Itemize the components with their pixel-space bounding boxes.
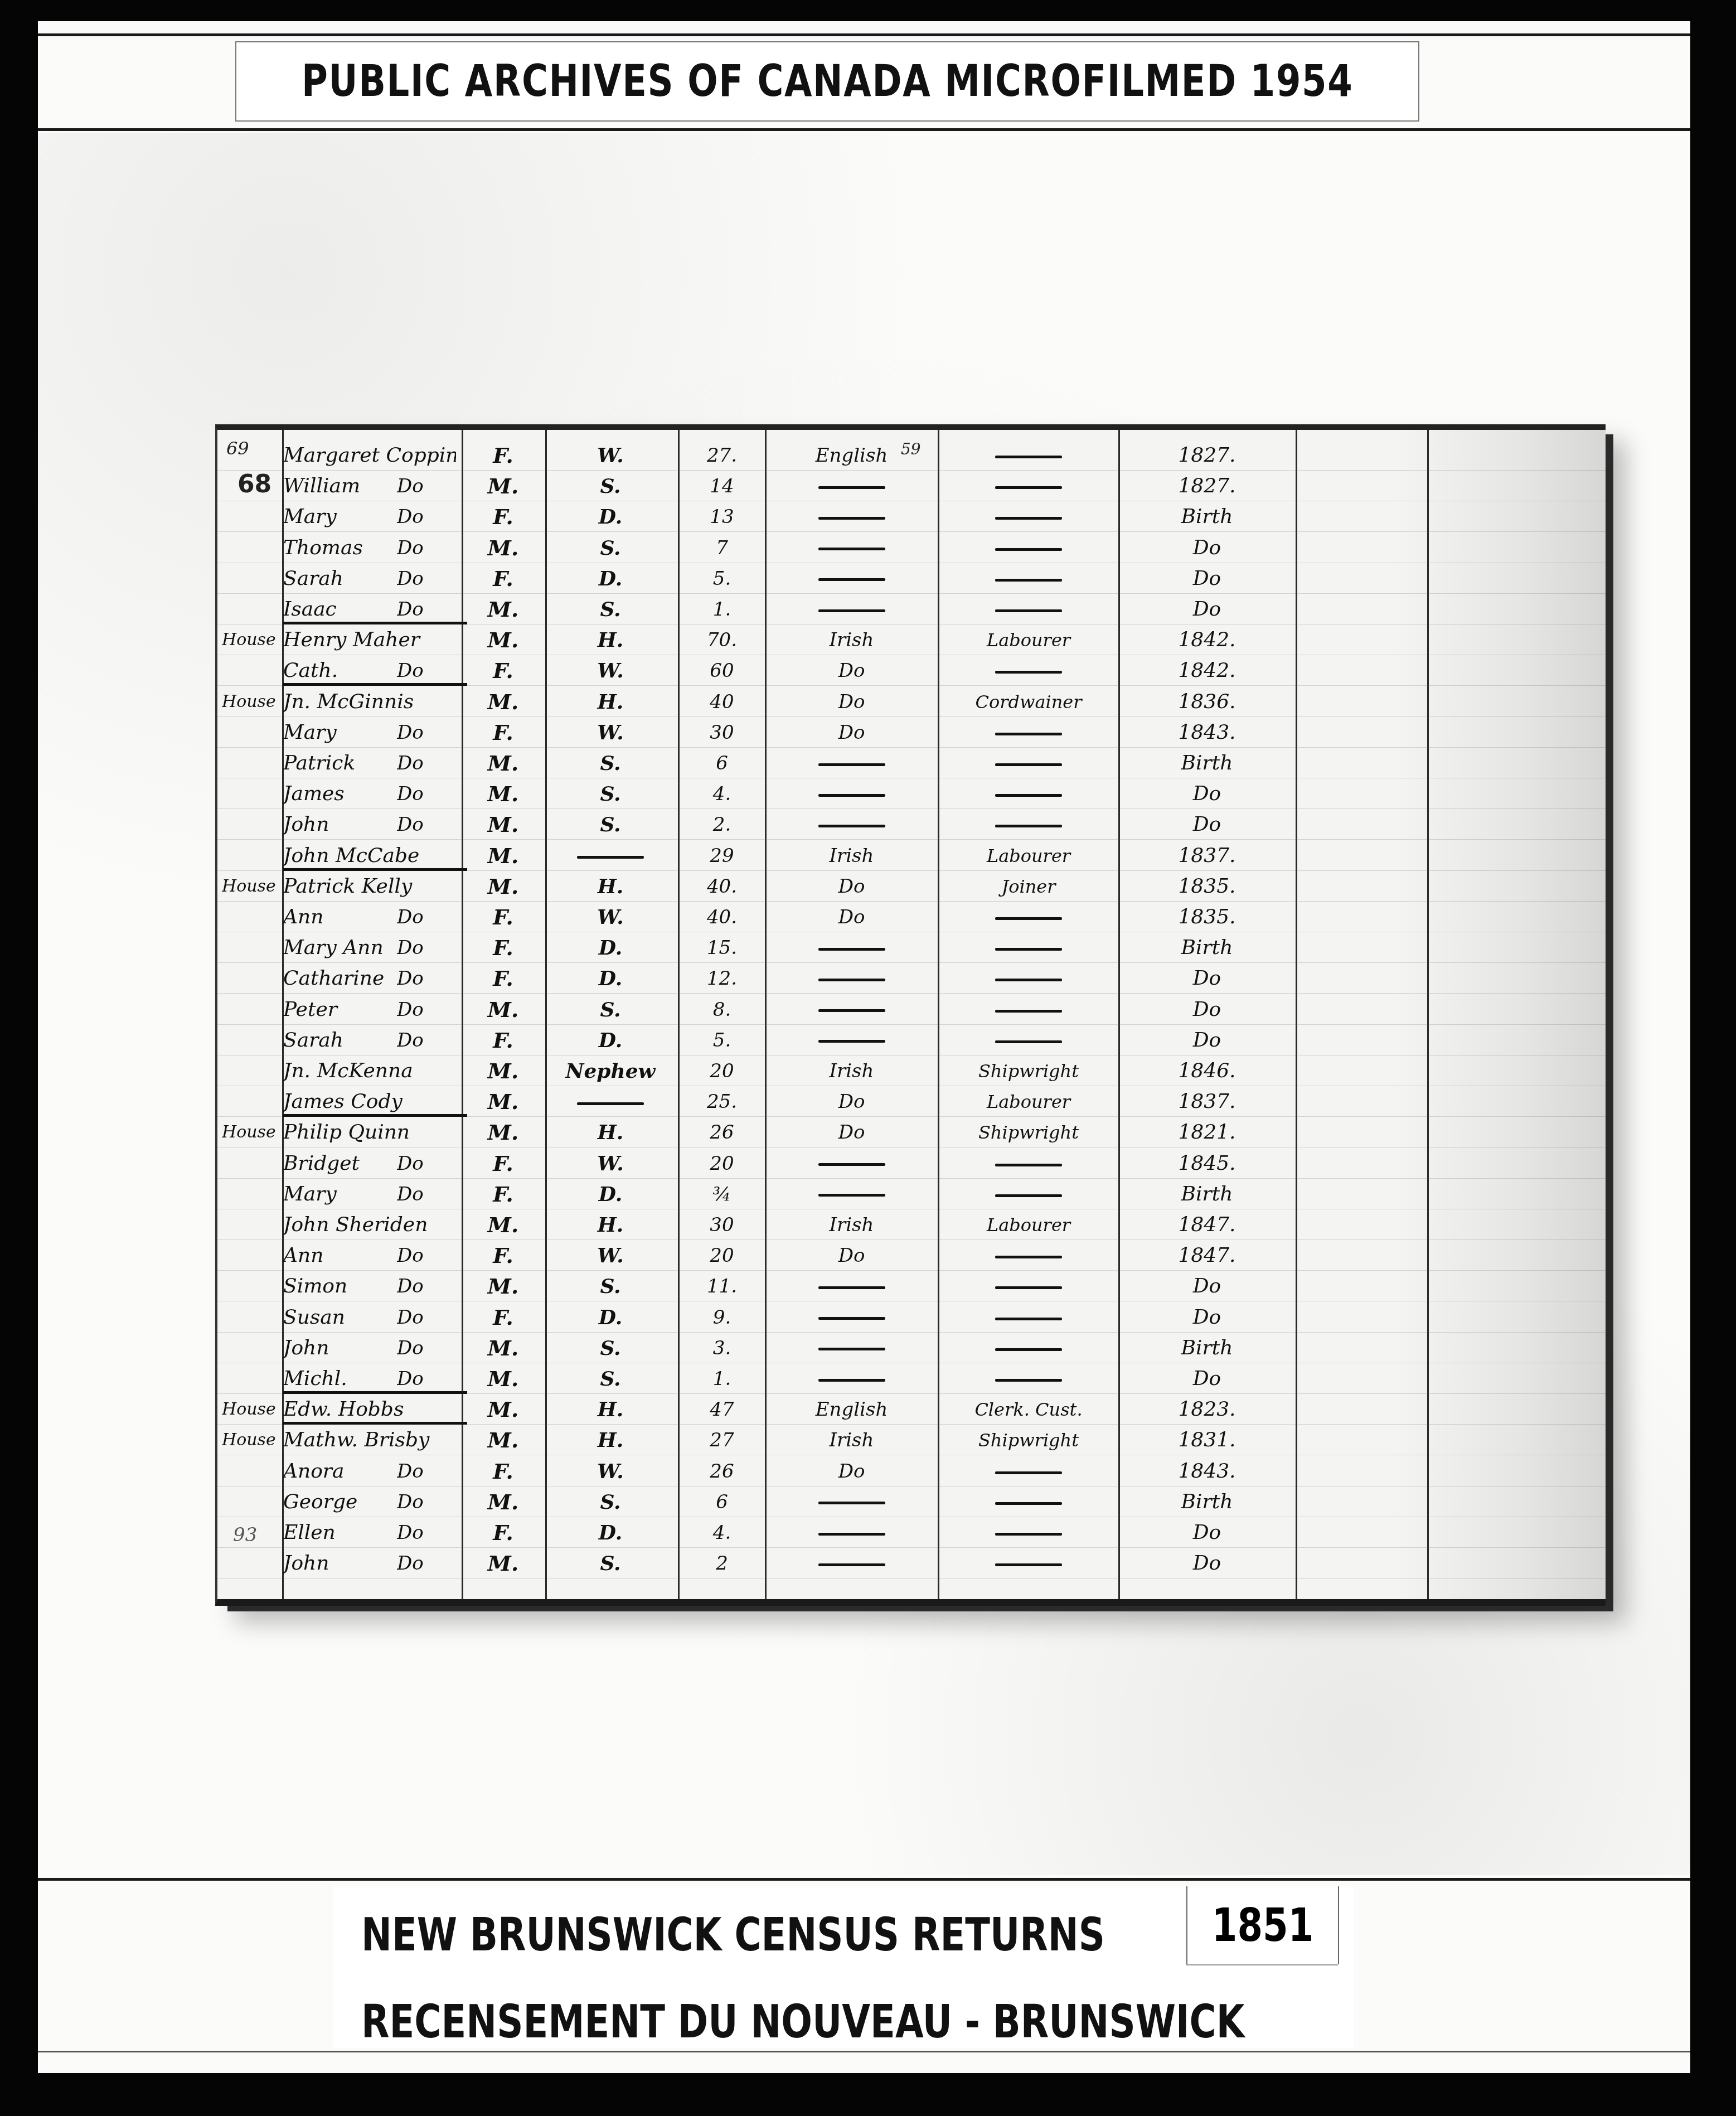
sex-value: F.	[463, 1242, 544, 1269]
ditto-mark: Do	[397, 473, 458, 500]
occupation-value: Shipwright	[939, 1058, 1118, 1084]
blank-dash	[995, 1194, 1062, 1197]
relation-value: D.	[546, 503, 675, 530]
sex-value: M.	[463, 1335, 544, 1362]
household-note	[222, 934, 282, 961]
blank-dash	[995, 517, 1062, 520]
age-value: 12.	[680, 965, 764, 992]
household-note: House	[222, 873, 282, 900]
occupation-value	[939, 965, 1118, 992]
year-value: 1836.	[1121, 689, 1293, 715]
blank-dash	[818, 1286, 885, 1289]
relation-value: W.	[546, 1458, 675, 1485]
sex-value: F.	[463, 904, 544, 931]
relation-value: W.	[546, 1150, 675, 1177]
relation-value: H.	[546, 1396, 675, 1423]
household-note	[222, 1458, 282, 1485]
blank-dash	[995, 948, 1062, 951]
household-note	[222, 842, 282, 869]
occupation-value	[939, 934, 1118, 961]
household-note: House	[222, 627, 282, 653]
relation-value: S.	[546, 535, 675, 561]
year-value: Birth	[1121, 750, 1293, 777]
sex-value: F.	[463, 1150, 544, 1177]
household-note	[222, 657, 282, 684]
ditto-mark: Do	[397, 719, 458, 746]
blank-dash	[995, 1348, 1062, 1351]
age-value: 4.	[680, 1519, 764, 1546]
age-value: 15.	[680, 934, 764, 961]
origin-value: Do	[767, 873, 937, 900]
age-value: 11.	[680, 1273, 764, 1300]
relation-value: S.	[546, 1550, 675, 1577]
household-note	[222, 1335, 282, 1362]
sex-value: M.	[463, 689, 544, 715]
sex-value: M.	[463, 781, 544, 807]
blank-dash	[818, 979, 885, 981]
age-value: 47	[680, 1396, 764, 1423]
age-value: 25.	[680, 1088, 764, 1115]
household-note	[222, 596, 282, 623]
household-note	[222, 811, 282, 838]
household-note	[222, 719, 282, 746]
year-value: Do	[1121, 996, 1293, 1023]
year-value: Birth	[1121, 503, 1293, 530]
sex-value: M.	[463, 596, 544, 623]
relation-value: W.	[546, 719, 675, 746]
census-row: IsaacDoM.S.1.Do	[217, 594, 1606, 624]
ditto-mark: Do	[397, 1304, 458, 1331]
ditto-mark: Do	[397, 1273, 458, 1300]
occupation-value	[939, 1242, 1118, 1269]
ditto-mark: Do	[397, 781, 458, 807]
year-value: 1831.	[1121, 1427, 1293, 1454]
ditto-mark: Do	[397, 657, 458, 684]
ditto-mark: Do	[397, 1242, 458, 1269]
blank-dash	[995, 486, 1062, 489]
age-value: 1.	[680, 596, 764, 623]
census-row: James CodyM.25.DoLabourer1837.	[217, 1086, 1606, 1117]
occupation-value	[939, 535, 1118, 561]
year-value: 1842.	[1121, 627, 1293, 653]
age-value: 29	[680, 842, 764, 869]
age-value: 4.	[680, 781, 764, 807]
occupation-value	[939, 1489, 1118, 1515]
blank-dash	[995, 979, 1062, 981]
sex-value: M.	[463, 627, 544, 653]
ditto-mark: Do	[397, 750, 458, 777]
blank-dash	[995, 733, 1062, 735]
origin-value	[767, 596, 937, 623]
occupation-value	[939, 1458, 1118, 1485]
household-note	[222, 781, 282, 807]
occupation-value	[939, 781, 1118, 807]
footer-title-english: NEW BRUNSWICK CENSUS RETURNS	[361, 1909, 1105, 1962]
ditto-mark	[397, 1212, 458, 1238]
census-row: HouseEdw. HobbsM.H.47EnglishClerk. Cust.…	[217, 1394, 1606, 1425]
occupation-value	[939, 1150, 1118, 1177]
year-value: 1827.	[1121, 473, 1293, 500]
microfilm-sheet: PUBLIC ARCHIVES OF CANADA MICROFILMED 19…	[38, 21, 1690, 2073]
footer-title-french: RECENSEMENT DU NOUVEAU - BRUNSWICK	[361, 1996, 1245, 2049]
census-row: AnnDoF.W.40.Do1835.	[217, 902, 1606, 932]
relation-value: S.	[546, 750, 675, 777]
age-value: 7	[680, 535, 764, 561]
blank-dash	[818, 578, 885, 581]
age-value: 60	[680, 657, 764, 684]
year-value: 1847.	[1121, 1212, 1293, 1238]
occupation-value	[939, 1181, 1118, 1208]
sex-value: M.	[463, 1489, 544, 1515]
census-row: John McCabeM.29IrishLabourer1837.	[217, 840, 1606, 871]
origin-value: Irish	[767, 627, 937, 653]
year-value: Do	[1121, 965, 1293, 992]
year-value: 1843.	[1121, 1458, 1293, 1485]
blank-dash	[995, 1563, 1062, 1566]
sex-value: M.	[463, 1550, 544, 1577]
sex-value: M.	[463, 1273, 544, 1300]
ditto-mark	[397, 1119, 458, 1146]
household-note	[222, 1550, 282, 1577]
blank-dash	[995, 917, 1062, 920]
blank-dash	[818, 1502, 885, 1504]
occupation-value	[939, 719, 1118, 746]
blank-dash	[818, 763, 885, 766]
sex-value: M.	[463, 1119, 544, 1146]
age-value: 26	[680, 1458, 764, 1485]
sex-value: F.	[463, 1027, 544, 1054]
blank-dash	[995, 456, 1062, 458]
ditto-mark: Do	[397, 996, 458, 1023]
household-note: House	[222, 689, 282, 715]
sex-value: F.	[463, 1519, 544, 1546]
age-value: 5.	[680, 565, 764, 592]
blank-dash	[995, 1379, 1062, 1382]
relation-value: H.	[546, 627, 675, 653]
relation-value: D.	[546, 1027, 675, 1054]
year-value: 1827.	[1121, 442, 1293, 469]
ditto-mark: Do	[397, 1489, 458, 1515]
occupation-value	[939, 904, 1118, 931]
occupation-value	[939, 503, 1118, 530]
origin-value	[767, 473, 937, 500]
census-row: JamesDoM.S.4.Do	[217, 778, 1606, 809]
blank-dash	[818, 1379, 885, 1382]
occupation-value: Shipwright	[939, 1427, 1118, 1454]
age-value: 2.	[680, 811, 764, 838]
age-value: 27.	[680, 442, 764, 469]
census-row: MaryDoF.D.13Birth	[217, 501, 1606, 532]
origin-value	[767, 1273, 937, 1300]
age-value: 6	[680, 1489, 764, 1515]
blank-dash	[818, 1194, 885, 1197]
census-row: WilliamDoM.S.141827.	[217, 471, 1606, 501]
origin-value	[767, 1027, 937, 1054]
blank-dash	[995, 1256, 1062, 1258]
household-note	[222, 1366, 282, 1392]
year-value: 1837.	[1121, 1088, 1293, 1115]
year-value: Birth	[1121, 1335, 1293, 1362]
blank-dash	[995, 825, 1062, 827]
relation-value: Nephew	[546, 1058, 675, 1084]
year-value: 1846.	[1121, 1058, 1293, 1084]
relation-value: D.	[546, 1304, 675, 1331]
year-value: Birth	[1121, 1181, 1293, 1208]
household-note	[222, 1027, 282, 1054]
occupation-value: Clerk. Cust.	[939, 1396, 1118, 1423]
blank-dash	[818, 517, 885, 520]
household-note	[222, 473, 282, 500]
ditto-mark: Do	[397, 535, 458, 561]
household-note	[222, 904, 282, 931]
blank-dash	[995, 548, 1062, 551]
census-row: HouseHenry MaherM.H.70.IrishLabourer1842…	[217, 624, 1606, 655]
origin-value	[767, 781, 937, 807]
relation-value: H.	[546, 1212, 675, 1238]
occupation-value: Cordwainer	[939, 689, 1118, 715]
ditto-mark	[397, 1396, 458, 1423]
year-value: Do	[1121, 811, 1293, 838]
origin-value: Irish	[767, 1058, 937, 1084]
relation-value: D.	[546, 565, 675, 592]
age-value: 8.	[680, 996, 764, 1023]
household-note	[222, 503, 282, 530]
census-row: Mary AnnDoF.D.15.Birth	[217, 932, 1606, 963]
blank-dash	[818, 825, 885, 827]
origin-value: Do	[767, 1242, 937, 1269]
household-note	[222, 1088, 282, 1115]
household-note	[222, 1058, 282, 1084]
census-row: GeorgeDoM.S.6Birth	[217, 1486, 1606, 1517]
footer-year: 1851	[1212, 1899, 1314, 1952]
ditto-mark: Do	[397, 965, 458, 992]
blank-dash	[818, 1163, 885, 1166]
ditto-mark: Do	[397, 1458, 458, 1485]
age-value: 30	[680, 1212, 764, 1238]
relation-value: D.	[546, 1181, 675, 1208]
relation-value: S.	[546, 811, 675, 838]
sex-value: F.	[463, 442, 544, 469]
blank-dash	[995, 1040, 1062, 1043]
relation-value: S.	[546, 1335, 675, 1362]
ditto-mark	[397, 873, 458, 900]
origin-value	[767, 1304, 937, 1331]
blank-dash	[995, 579, 1062, 582]
occupation-value	[939, 1550, 1118, 1577]
year-value: 1835.	[1121, 904, 1293, 931]
sex-value: F.	[463, 934, 544, 961]
occupation-value	[939, 1335, 1118, 1362]
origin-value: Do	[767, 1088, 937, 1115]
occupation-value: Labourer	[939, 1088, 1118, 1115]
sex-value: F.	[463, 503, 544, 530]
census-row: Margaret CoppingF.W.27.English1827.	[217, 440, 1606, 471]
sex-value: M.	[463, 1212, 544, 1238]
age-value: 40.	[680, 873, 764, 900]
ditto-mark: Do	[397, 811, 458, 838]
year-value: Do	[1121, 1027, 1293, 1054]
census-row: HouseJn. McGinnisM.H.40DoCordwainer1836.	[217, 686, 1606, 717]
occupation-value	[939, 750, 1118, 777]
household-note	[222, 750, 282, 777]
ditto-mark	[397, 1427, 458, 1454]
blank-dash	[995, 1010, 1062, 1013]
year-value: 1845.	[1121, 1150, 1293, 1177]
ditto-mark: Do	[397, 503, 458, 530]
census-row: MaryDoF.D.¾Birth	[217, 1179, 1606, 1209]
census-row: CatharineDoF.D.12.Do	[217, 963, 1606, 994]
blank-dash	[577, 1102, 644, 1105]
relation-value: W.	[546, 904, 675, 931]
occupation-value	[939, 657, 1118, 684]
relation-value: W.	[546, 657, 675, 684]
sex-value: F.	[463, 1181, 544, 1208]
origin-value	[767, 1366, 937, 1392]
origin-value	[767, 965, 937, 992]
relation-value: S.	[546, 996, 675, 1023]
ditto-mark: Do	[397, 1519, 458, 1546]
bottom-border-rule	[38, 2051, 1690, 2052]
origin-value	[767, 996, 937, 1023]
age-value: 20	[680, 1058, 764, 1084]
header-title: PUBLIC ARCHIVES OF CANADA MICROFILMED 19…	[302, 56, 1353, 106]
blank-dash	[818, 486, 885, 489]
year-value: 1842.	[1121, 657, 1293, 684]
blank-dash	[818, 1563, 885, 1566]
ditto-mark: Do	[397, 1027, 458, 1054]
blank-dash	[995, 1164, 1062, 1166]
household-note	[222, 1242, 282, 1269]
relation-value: D.	[546, 934, 675, 961]
occupation-value	[939, 442, 1118, 469]
census-row: JohnDoM.S.2Do	[217, 1548, 1606, 1578]
relation-value: W.	[546, 1242, 675, 1269]
origin-value: Do	[767, 904, 937, 931]
census-row: HouseMathw. BrisbyM.H.27IrishShipwright1…	[217, 1425, 1606, 1455]
occupation-value: Labourer	[939, 627, 1118, 653]
occupation-value: Labourer	[939, 1212, 1118, 1238]
age-value: 9.	[680, 1304, 764, 1331]
ditto-mark: Do	[397, 934, 458, 961]
ditto-mark	[397, 442, 458, 469]
age-value: 14	[680, 473, 764, 500]
sex-value: M.	[463, 750, 544, 777]
blank-dash	[995, 609, 1062, 612]
origin-value: Do	[767, 1458, 937, 1485]
sex-value: M.	[463, 535, 544, 561]
age-value: 30	[680, 719, 764, 746]
origin-value	[767, 565, 937, 592]
occupation-value: Joiner	[939, 873, 1118, 900]
relation-value: S.	[546, 1366, 675, 1392]
relation-value: S.	[546, 1273, 675, 1300]
ditto-mark: Do	[397, 1550, 458, 1577]
blank-dash	[995, 1502, 1062, 1505]
ditto-mark: Do	[397, 565, 458, 592]
origin-value: Irish	[767, 1427, 937, 1454]
blank-dash	[995, 1318, 1062, 1320]
household-note: House	[222, 1427, 282, 1454]
origin-value: Irish	[767, 1212, 937, 1238]
blank-dash	[577, 856, 644, 859]
age-value: 1.	[680, 1366, 764, 1392]
origin-value	[767, 535, 937, 561]
ditto-mark	[397, 1058, 458, 1084]
year-value: 1835.	[1121, 873, 1293, 900]
sex-value: M.	[463, 1427, 544, 1454]
origin-value: Do	[767, 689, 937, 715]
age-value: 3.	[680, 1335, 764, 1362]
blank-dash	[818, 609, 885, 612]
ditto-mark	[397, 689, 458, 715]
origin-value: Do	[767, 1119, 937, 1146]
occupation-value	[939, 1027, 1118, 1054]
age-value: 40	[680, 689, 764, 715]
household-note	[222, 565, 282, 592]
origin-value	[767, 1489, 937, 1515]
year-value: Do	[1121, 1273, 1293, 1300]
sex-value: F.	[463, 719, 544, 746]
sex-value: M.	[463, 473, 544, 500]
age-value: 70.	[680, 627, 764, 653]
census-row: Cath.DoF.W.60Do1842.	[217, 655, 1606, 686]
origin-value	[767, 750, 937, 777]
blank-dash	[818, 1009, 885, 1012]
relation-value: H.	[546, 689, 675, 715]
year-value: Do	[1121, 535, 1293, 561]
blank-dash	[995, 794, 1062, 797]
age-value: 6	[680, 750, 764, 777]
household-note	[222, 1489, 282, 1515]
household-note	[222, 1519, 282, 1546]
occupation-value	[939, 811, 1118, 838]
census-row: John SheridenM.H.30IrishLabourer1847.	[217, 1209, 1606, 1240]
relation-value: S.	[546, 781, 675, 807]
census-row: HousePatrick KellyM.H.40.DoJoiner1835.	[217, 871, 1606, 902]
relation-value: D.	[546, 965, 675, 992]
origin-value	[767, 934, 937, 961]
year-value: Do	[1121, 565, 1293, 592]
occupation-value	[939, 473, 1118, 500]
blank-dash	[818, 794, 885, 797]
occupation-value	[939, 1304, 1118, 1331]
ruled-line	[217, 1578, 1606, 1578]
census-row: AnnDoF.W.20Do1847.	[217, 1240, 1606, 1271]
blank-dash	[818, 1348, 885, 1350]
year-value: Birth	[1121, 1489, 1293, 1515]
relation-value	[546, 842, 675, 869]
age-value: 20	[680, 1150, 764, 1177]
age-value: 40.	[680, 904, 764, 931]
origin-value: English	[767, 1396, 937, 1423]
ditto-mark	[397, 842, 458, 869]
relation-value: S.	[546, 473, 675, 500]
sex-value: M.	[463, 1058, 544, 1084]
ditto-mark	[397, 627, 458, 653]
year-value: 1843.	[1121, 719, 1293, 746]
relation-value: H.	[546, 873, 675, 900]
occupation-value	[939, 1366, 1118, 1392]
sex-value: M.	[463, 1088, 544, 1115]
relation-value: D.	[546, 1519, 675, 1546]
origin-value	[767, 1550, 937, 1577]
census-row: BridgetDoF.W.201845.	[217, 1148, 1606, 1179]
year-value: 1821.	[1121, 1119, 1293, 1146]
census-row: SimonDoM.S.11.Do	[217, 1271, 1606, 1301]
household-note	[222, 1273, 282, 1300]
ditto-mark: Do	[397, 596, 458, 623]
census-row: PatrickDoM.S.6Birth	[217, 748, 1606, 778]
